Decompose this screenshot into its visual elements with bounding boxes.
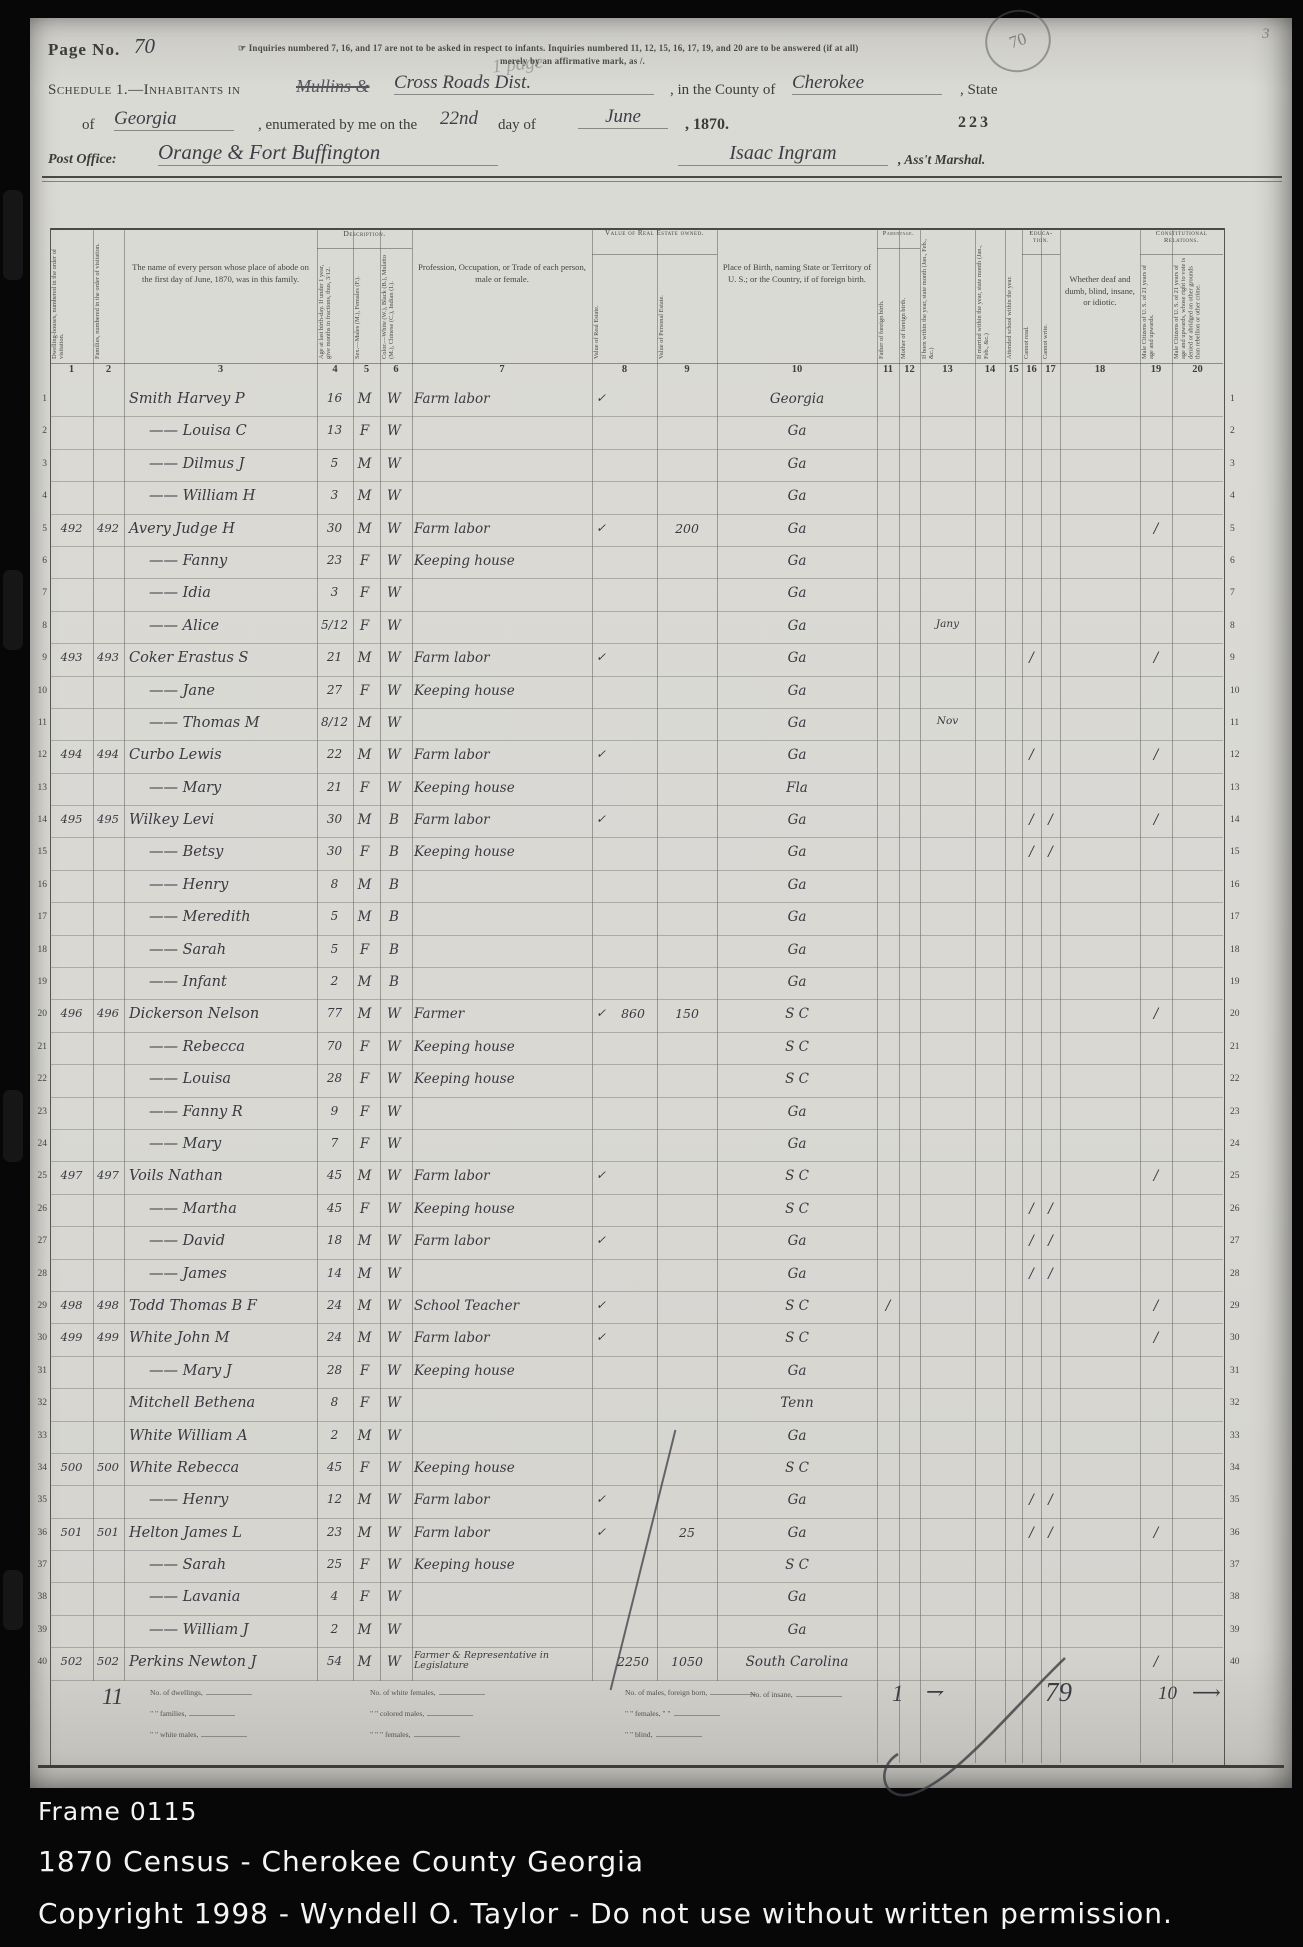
age-value: 23 — [318, 553, 351, 567]
film-edge-mark — [3, 570, 23, 650]
row-number-right: 31 — [1230, 1366, 1258, 1376]
row-number-left: 38 — [33, 1592, 47, 1602]
column-heading-8: Value of Real Estate. — [593, 254, 656, 360]
person-name: —— Idia — [129, 585, 349, 601]
district-struck-value: Mullins & — [296, 76, 370, 97]
table-row: 8 —— Alice 5/12 F W Ga Jany 8 — [50, 612, 1223, 644]
occupation-value: Farm labor — [414, 1330, 590, 1346]
birthplace-value: Ga — [717, 1428, 877, 1444]
birthplace-value: Ga — [717, 1266, 877, 1282]
birthplace-value: Ga — [717, 553, 877, 569]
birthplace-value: Ga — [717, 715, 877, 731]
column-heading-3: The name of every person whose place of … — [127, 262, 314, 285]
column-heading-13: If born within the year, state month (Ja… — [921, 233, 974, 360]
cannot-write-mark: / — [1041, 1233, 1060, 1249]
occupation-value: Keeping house — [414, 1039, 590, 1055]
legend-label: " " families, — [150, 1709, 186, 1718]
row-number-right: 33 — [1230, 1431, 1258, 1441]
row-number-right: 30 — [1230, 1333, 1258, 1343]
person-name: —— Fanny R — [129, 1104, 349, 1120]
personal-estate-value: 1050 — [661, 1654, 713, 1669]
color-value: W — [379, 715, 409, 731]
sex-value: M — [352, 521, 377, 537]
real-estate-checkmark: ✓ — [596, 391, 612, 405]
color-value: W — [379, 1298, 409, 1314]
age-value: 5 — [318, 942, 351, 956]
born-month-value: Nov — [920, 715, 975, 727]
age-value: 12 — [318, 1492, 351, 1506]
sex-value: M — [352, 1233, 377, 1249]
citizen-mark: / — [1140, 1006, 1172, 1022]
table-row: 16 —— Henry 8 M B Ga 16 — [50, 871, 1223, 903]
row-number-left: 36 — [33, 1528, 47, 1538]
birthplace-value: Fla — [717, 780, 877, 796]
person-name: Dickerson Nelson — [129, 1006, 329, 1022]
person-name: Todd Thomas B F — [129, 1298, 329, 1314]
group-education: Educa- tion. — [1022, 228, 1060, 255]
age-value: 3 — [318, 488, 351, 502]
table-row: 18 —— Sarah 5 F B Ga 18 — [50, 936, 1223, 968]
schedule-prefix: Schedule 1.—Inhabitants in — [48, 82, 240, 99]
occupation-value: Keeping house — [414, 780, 590, 796]
birthplace-value: Ga — [717, 942, 877, 958]
row-number-left: 26 — [33, 1204, 47, 1214]
dwelling-number: 502 — [52, 1654, 91, 1668]
column-heading-4: Age at last birth-day. If under 1 year, … — [318, 254, 352, 360]
sex-value: F — [352, 1039, 377, 1055]
stamp-number: 70 — [1007, 29, 1029, 53]
sex-value: F — [352, 1395, 377, 1411]
table-row: 39 —— William J 2 M W Ga 39 — [50, 1616, 1223, 1648]
column-heading-9: Value of Personal Estate. — [658, 254, 716, 360]
color-value: W — [379, 1622, 409, 1638]
legend-line: " " females, " " — [625, 1708, 756, 1718]
birthplace-value: Tenn — [717, 1395, 877, 1411]
row-number-right: 36 — [1230, 1528, 1258, 1538]
birthplace-value: Ga — [717, 747, 877, 763]
color-value: B — [379, 812, 409, 828]
row-number-left: 1 — [33, 394, 47, 404]
occupation-value: Keeping house — [414, 1557, 590, 1573]
person-name: —— Dilmus J — [129, 456, 349, 472]
person-name: —— Mary — [129, 1136, 349, 1152]
occupation-value: Keeping house — [414, 553, 590, 569]
birthplace-value: Ga — [717, 1492, 877, 1508]
footer-legend-b: No. of white females," " colored males,"… — [370, 1687, 485, 1750]
age-value: 23 — [318, 1525, 351, 1539]
dwelling-number: 499 — [52, 1330, 91, 1344]
sex-value: M — [352, 1492, 377, 1508]
family-number: 493 — [94, 650, 122, 664]
county-label: , in the County of — [670, 82, 775, 99]
row-number-right: 4 — [1230, 491, 1258, 501]
occupation-value: Keeping house — [414, 683, 590, 699]
row-number-right: 29 — [1230, 1301, 1258, 1311]
age-value: 30 — [318, 521, 351, 535]
column-heading-11: Father of foreign birth. — [878, 254, 898, 360]
color-value: W — [379, 1557, 409, 1573]
group-value-estate: Value of Real Estate owned. — [592, 228, 717, 255]
family-number: 495 — [94, 812, 122, 826]
blank-line — [674, 1708, 720, 1716]
cannot-read-mark: / — [1022, 812, 1041, 828]
person-name: —— Louisa C — [129, 423, 349, 439]
sex-value: M — [352, 715, 377, 731]
table-row: 14 495 495 Wilkey Levi 30 M B Farm labor… — [50, 806, 1223, 838]
personal-estate-value: 25 — [661, 1525, 713, 1540]
row-number-left: 29 — [33, 1301, 47, 1311]
footer-tally-5: ⟶ — [1192, 1680, 1221, 1705]
person-name: White Rebecca — [129, 1460, 329, 1476]
family-number: 501 — [94, 1525, 122, 1539]
cannot-write-mark: / — [1041, 1525, 1060, 1541]
color-value: W — [379, 1363, 409, 1379]
occupation-value: Keeping house — [414, 844, 590, 860]
page-no-value: 70 — [134, 34, 155, 59]
table-rows: 1 Smith Harvey P 16 M W Farm labor ✓ Geo… — [50, 385, 1223, 1681]
color-value: B — [379, 909, 409, 925]
row-number-right: 12 — [1230, 750, 1258, 760]
color-value: W — [379, 1039, 409, 1055]
column-number-14: 14 — [975, 362, 1005, 385]
table-row: 4 —— William H 3 M W Ga 4 — [50, 482, 1223, 514]
column-number-15: 15 — [1005, 362, 1022, 385]
family-number: 496 — [94, 1006, 122, 1020]
person-name: —— Henry — [129, 1492, 349, 1508]
row-number-left: 20 — [33, 1009, 47, 1019]
blank-line — [427, 1708, 473, 1716]
footer-legend-c: No. of males, foreign born," " females, … — [625, 1687, 756, 1750]
table-row: 26 —— Martha 45 F W Keeping house S C / … — [50, 1195, 1223, 1227]
person-name: —— Sarah — [129, 942, 349, 958]
archive-stamp: 70 — [977, 1, 1059, 80]
legend-label: No. of dwellings, — [150, 1688, 203, 1697]
color-value: W — [379, 585, 409, 601]
row-number-left: 6 — [33, 556, 47, 566]
color-value: W — [379, 1104, 409, 1120]
legend-line: No. of white females, — [370, 1687, 485, 1697]
table-row: 15 —— Betsy 30 F B Keeping house Ga / / … — [50, 838, 1223, 870]
cannot-read-mark: / — [1022, 650, 1041, 666]
dwelling-number: 494 — [52, 747, 91, 761]
occupation-value: Keeping house — [414, 1071, 590, 1087]
row-number-left: 16 — [33, 880, 47, 890]
age-value: 24 — [318, 1298, 351, 1312]
person-name: —— Fanny — [129, 553, 349, 569]
person-name: Wilkey Levi — [129, 812, 329, 828]
column-heading-17: Cannot write. — [1042, 254, 1059, 360]
real-estate-checkmark: ✓ — [596, 1298, 612, 1312]
table-row: 9 493 493 Coker Erastus S 21 M W Farm la… — [50, 644, 1223, 676]
age-value: 77 — [318, 1006, 351, 1020]
blank-line — [656, 1729, 702, 1737]
sex-value: F — [352, 1071, 377, 1087]
occupation-value: Farm labor — [414, 1492, 590, 1508]
row-number-right: 21 — [1230, 1042, 1258, 1052]
birthplace-value: Georgia — [717, 391, 877, 407]
cannot-read-mark: / — [1022, 747, 1041, 763]
blank-line — [206, 1687, 252, 1695]
post-office-label: Post Office: — [48, 152, 117, 168]
table-row: 10 —— Jane 27 F W Keeping house Ga 10 — [50, 677, 1223, 709]
table-row: 6 —— Fanny 23 F W Keeping house Ga 6 — [50, 547, 1223, 579]
table-header: Description. Value of Real Estate owned.… — [50, 228, 1223, 385]
column-number-3: 3 — [124, 362, 317, 385]
age-value: 2 — [318, 1428, 351, 1442]
person-name: Perkins Newton J — [129, 1654, 329, 1670]
legend-label: " " " females, — [370, 1730, 411, 1739]
row-number-right: 15 — [1230, 847, 1258, 857]
legend-line: " " blind, — [625, 1729, 756, 1739]
age-value: 8 — [318, 877, 351, 891]
sex-value: M — [352, 1006, 377, 1022]
real-estate-checkmark: ✓ — [596, 1233, 612, 1247]
color-value: W — [379, 683, 409, 699]
caption-census-title: 1870 Census - Cherokee County Georgia — [38, 1845, 644, 1878]
color-value: W — [379, 1460, 409, 1476]
dwelling-number: 497 — [52, 1168, 91, 1182]
row-number-left: 21 — [33, 1042, 47, 1052]
blank-line — [439, 1687, 485, 1695]
sex-value: F — [352, 780, 377, 796]
row-number-left: 14 — [33, 815, 47, 825]
table-row: 34 500 500 White Rebecca 45 F W Keeping … — [50, 1454, 1223, 1486]
color-value: W — [379, 1654, 409, 1670]
film-edge-mark — [3, 190, 23, 280]
sex-value: M — [352, 488, 377, 504]
row-number-left: 32 — [33, 1398, 47, 1408]
citizen-mark: / — [1140, 1525, 1172, 1541]
dwelling-number: 500 — [52, 1460, 91, 1474]
table-row: 28 —— James 14 M W Ga / / 28 — [50, 1260, 1223, 1292]
color-value: W — [379, 456, 409, 472]
age-value: 5/12 — [318, 618, 351, 632]
age-value: 8 — [318, 1395, 351, 1409]
person-name: —— Mary — [129, 780, 349, 796]
sex-value: M — [352, 1298, 377, 1314]
table-row: 2 —— Louisa C 13 F W Ga 2 — [50, 417, 1223, 449]
column-heading-6: Color.—White (W.), Black (B.), Mulatto (… — [381, 254, 411, 360]
row-number-right: 34 — [1230, 1463, 1258, 1473]
cannot-write-mark: / — [1041, 844, 1060, 860]
column-heading-7: Profession, Occupation, or Trade of each… — [415, 262, 589, 285]
age-value: 45 — [318, 1201, 351, 1215]
column-heading-12: Mother of foreign birth. — [900, 254, 919, 360]
person-name: White John M — [129, 1330, 329, 1346]
legend-label: No. of white females, — [370, 1688, 436, 1697]
row-number-left: 2 — [33, 426, 47, 436]
legend-line: " " " females, — [370, 1729, 485, 1739]
birthplace-value: S C — [717, 1039, 877, 1055]
enumerated-label: , enumerated by me on the — [258, 117, 417, 134]
row-number-right: 11 — [1230, 718, 1258, 728]
age-value: 5 — [318, 909, 351, 923]
age-value: 2 — [318, 1622, 351, 1636]
birthplace-value: Ga — [717, 1589, 877, 1605]
column-heading-1: Dwelling-houses, numbered in the order o… — [51, 233, 92, 360]
row-number-right: 7 — [1230, 588, 1258, 598]
sex-value: M — [352, 1266, 377, 1282]
birthplace-value: Ga — [717, 1136, 877, 1152]
birthplace-value: Ga — [717, 1104, 877, 1120]
sex-value: M — [352, 1525, 377, 1541]
bottom-rule — [38, 1765, 1284, 1768]
double-rule — [42, 176, 1282, 182]
person-name: —— Alice — [129, 618, 349, 634]
age-value: 70 — [318, 1039, 351, 1053]
person-name: Mitchell Bethena — [129, 1395, 329, 1411]
dwelling-number: 493 — [52, 650, 91, 664]
age-value: 45 — [318, 1168, 351, 1182]
birthplace-value: Ga — [717, 1525, 877, 1541]
age-value: 21 — [318, 650, 351, 664]
citizen-mark: / — [1140, 1654, 1172, 1670]
dwelling-number: 495 — [52, 812, 91, 826]
color-value: W — [379, 650, 409, 666]
real-estate-checkmark: ✓ — [596, 521, 612, 535]
birthplace-value: S C — [717, 1460, 877, 1476]
group-constitutional: Constitutional Relations. — [1140, 228, 1223, 255]
sex-value: F — [352, 683, 377, 699]
column-heading-10: Place of Birth, naming State or Territor… — [720, 262, 874, 285]
person-name: —— Thomas M — [129, 715, 349, 731]
state-label: , State — [960, 82, 998, 99]
row-number-left: 39 — [33, 1625, 47, 1635]
row-number-left: 10 — [33, 686, 47, 696]
person-name: —— Martha — [129, 1201, 349, 1217]
table-row: 24 —— Mary 7 F W Ga 24 — [50, 1130, 1223, 1162]
birthplace-value: Ga — [717, 683, 877, 699]
sex-value: F — [352, 1363, 377, 1379]
color-value: W — [379, 1201, 409, 1217]
person-name: White William A — [129, 1428, 329, 1444]
sex-value: F — [352, 1557, 377, 1573]
real-estate-checkmark: ✓ — [596, 812, 612, 826]
sex-value: M — [352, 1168, 377, 1184]
birthplace-value: S C — [717, 1557, 877, 1573]
column-number-20: 20 — [1172, 362, 1223, 385]
citizen-mark: / — [1140, 747, 1172, 763]
table-row: 20 496 496 Dickerson Nelson 77 M W Farme… — [50, 1000, 1223, 1032]
row-number-left: 13 — [33, 783, 47, 793]
sex-value: F — [352, 1201, 377, 1217]
person-name: Coker Erastus S — [129, 650, 329, 666]
table-row: 5 492 492 Avery Judge H 30 M W Farm labo… — [50, 515, 1223, 547]
footer-tally-left: 11 — [102, 1684, 123, 1710]
legend-label: No. of males, foreign born, — [625, 1688, 707, 1697]
color-value: W — [379, 1525, 409, 1541]
cannot-read-mark: / — [1022, 1233, 1041, 1249]
real-estate-checkmark: ✓ — [596, 1330, 612, 1344]
occupation-value: Keeping house — [414, 1460, 590, 1476]
row-number-right: 5 — [1230, 524, 1258, 534]
sheet-number: 223 — [958, 114, 991, 132]
person-name: —— Sarah — [129, 1557, 349, 1573]
column-number-10: 10 — [717, 362, 877, 385]
legend-label: " " blind, — [625, 1730, 653, 1739]
occupation-value: Farm labor — [414, 1233, 590, 1249]
occupation-value: Farm labor — [414, 391, 590, 407]
personal-estate-value: 150 — [661, 1006, 713, 1021]
color-value: W — [379, 1006, 409, 1022]
table-row: 31 —— Mary J 28 F W Keeping house Ga 31 — [50, 1357, 1223, 1389]
legend-line: " " families, — [150, 1708, 252, 1718]
column-number-13: 13 — [920, 362, 975, 385]
cannot-write-mark: / — [1041, 1266, 1060, 1282]
legend-label: " " white males, — [150, 1730, 198, 1739]
birthplace-value: Ga — [717, 1233, 877, 1249]
color-value: W — [379, 1330, 409, 1346]
of-label: of — [82, 117, 95, 134]
row-number-right: 2 — [1230, 426, 1258, 436]
blank-line — [414, 1729, 460, 1737]
citizen-mark: / — [1140, 521, 1172, 537]
table-row: 11 —— Thomas M 8/12 M W Ga Nov 11 — [50, 709, 1223, 741]
table-row: 30 499 499 White John M 24 M W Farm labo… — [50, 1324, 1223, 1356]
table-row: 33 White William A 2 M W Ga 33 — [50, 1422, 1223, 1454]
caption-frame-number: Frame 0115 — [38, 1797, 197, 1826]
table-row: 17 —— Meredith 5 M B Ga 17 — [50, 903, 1223, 935]
birthplace-value: Ga — [717, 618, 877, 634]
row-number-right: 23 — [1230, 1107, 1258, 1117]
row-number-right: 37 — [1230, 1560, 1258, 1570]
table-row: 23 —— Fanny R 9 F W Ga 23 — [50, 1098, 1223, 1130]
family-number: 497 — [94, 1168, 122, 1182]
person-name: —— James — [129, 1266, 349, 1282]
table-row: 29 498 498 Todd Thomas B F 24 M W School… — [50, 1292, 1223, 1324]
sex-value: M — [352, 456, 377, 472]
age-value: 18 — [318, 1233, 351, 1247]
age-value: 2 — [318, 974, 351, 988]
handwritten-check-stroke — [820, 1656, 1080, 1806]
citizen-mark: / — [1140, 812, 1172, 828]
father-foreign-mark: / — [877, 1298, 899, 1314]
column-number-9: 9 — [657, 362, 717, 385]
age-value: 3 — [318, 585, 351, 599]
group-description: Description. — [317, 228, 412, 249]
birthplace-value: S C — [717, 1298, 877, 1314]
person-name: —— Jane — [129, 683, 349, 699]
age-value: 4 — [318, 1589, 351, 1603]
row-number-right: 19 — [1230, 977, 1258, 987]
color-value: W — [379, 553, 409, 569]
row-number-left: 9 — [33, 653, 47, 663]
cannot-read-mark: / — [1022, 1201, 1041, 1217]
birthplace-value: Ga — [717, 877, 877, 893]
legend-line: " " colored males, — [370, 1708, 485, 1718]
legend-line: No. of males, foreign born, — [625, 1687, 756, 1697]
row-number-left: 30 — [33, 1333, 47, 1343]
column-number-2: 2 — [93, 362, 124, 385]
row-number-left: 5 — [33, 524, 47, 534]
row-number-left: 22 — [33, 1074, 47, 1084]
real-estate-checkmark: ✓ — [596, 650, 612, 664]
cannot-write-mark: / — [1041, 1492, 1060, 1508]
birthplace-value: Ga — [717, 812, 877, 828]
color-value: W — [379, 747, 409, 763]
table-row: 25 497 497 Voils Nathan 45 M W Farm labo… — [50, 1162, 1223, 1194]
footer-legend-a: No. of dwellings," " families," " white … — [150, 1687, 252, 1750]
person-name: —— Meredith — [129, 909, 349, 925]
occupation-value: School Teacher — [414, 1298, 590, 1314]
month-value: June — [578, 106, 668, 129]
day-label: day of — [498, 117, 536, 134]
color-value: W — [379, 1071, 409, 1087]
age-value: 30 — [318, 844, 351, 858]
sex-value: M — [352, 1428, 377, 1444]
color-value: W — [379, 1589, 409, 1605]
row-number-right: 24 — [1230, 1139, 1258, 1149]
